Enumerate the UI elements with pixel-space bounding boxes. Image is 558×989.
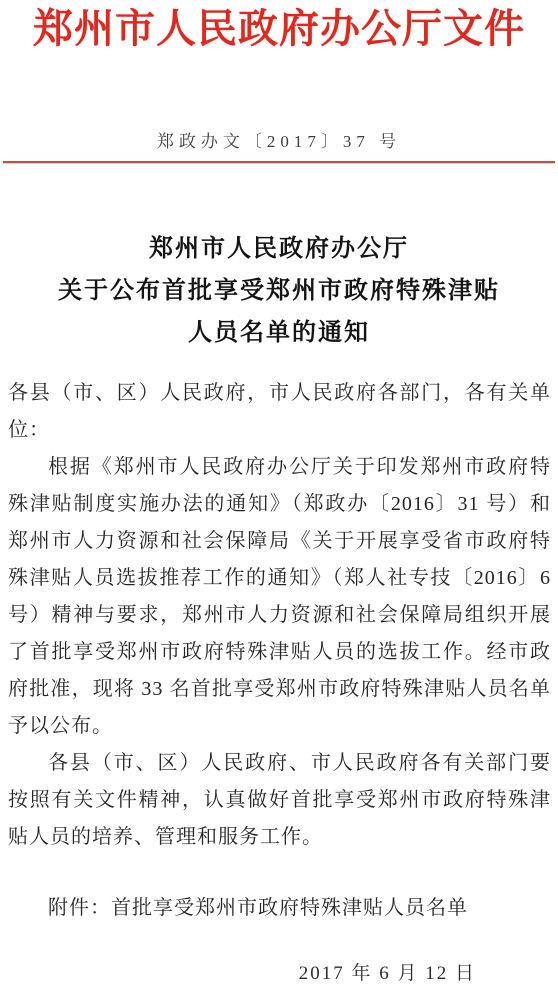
body-paragraph-1: 根据《郑州市人民政府办公厅关于印发郑州市政府特殊津贴制度实施办法的通知》（郑政办… [8, 449, 551, 745]
agency-letterhead-title: 郑州市人民政府办公厅文件 [0, 5, 558, 53]
salutation-line: 各县（市、区）人民政府，市人民政府各部门，各有关单位： [8, 375, 551, 449]
issue-date: 2017 年 6 月 12 日 [299, 958, 476, 985]
document-title-line-2: 关于公布首批享受郑州市政府特殊津贴 [0, 270, 558, 312]
document-title-line-3: 人员名单的通知 [0, 312, 558, 354]
body-paragraph-2: 各县（市、区）人民政府、市人民政府各有关部门要按照有关文件精神，认真做好首批享受… [8, 745, 551, 856]
document-title-line-1: 郑州市人民政府办公厅 [0, 228, 558, 270]
document-number: 郑政办文〔2017〕37 号 [0, 127, 558, 152]
document-page: 郑州市人民政府办公厅文件 郑政办文〔2017〕37 号 郑州市人民政府办公厅 关… [0, 0, 558, 989]
attachment-reference-line: 附件：首批享受郑州市政府特殊津贴人员名单 [8, 890, 551, 927]
document-body: 各县（市、区）人民政府，市人民政府各部门，各有关单位： 根据《郑州市人民政府办公… [8, 375, 551, 927]
red-divider-rule [3, 161, 555, 164]
document-title: 郑州市人民政府办公厅 关于公布首批享受郑州市政府特殊津贴 人员名单的通知 [0, 228, 558, 354]
